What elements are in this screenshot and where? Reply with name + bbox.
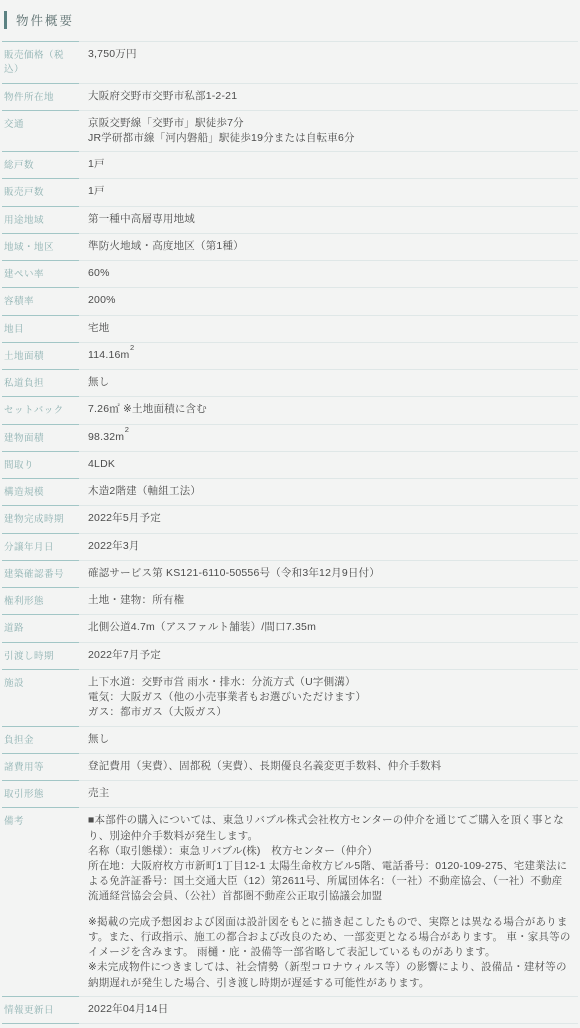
row-value: 114.16m2 [79, 342, 578, 369]
row-label: 地域・地区 [2, 233, 79, 260]
bottom-border-label-segment [2, 1023, 79, 1024]
row-value-line: 200% [88, 293, 572, 308]
row-value-line: 売主 [88, 786, 572, 801]
row-value-line: 第一種中高層専用地域 [88, 212, 572, 227]
row-value-line: 7.26㎡ ※土地面積に含む [88, 402, 572, 417]
row-value-line: 名称（取引態様）：東急リバブル(株) 枚方センター（仲介） [88, 844, 572, 859]
row-value-line: 確認サービス第 KS121-6110-50556号（令和3年12月9日付） [88, 566, 572, 581]
table-row: 交通京阪交野線「交野市」駅徒歩7分JR学研都市線「河内磐船」駅徒歩19分または自… [2, 110, 578, 151]
row-label: 総戸数 [2, 151, 79, 178]
table-row: セットバック7.26㎡ ※土地面積に含む [2, 396, 578, 423]
row-label: 建ぺい率 [2, 260, 79, 287]
row-value: 木造2階建（軸組工法） [79, 478, 578, 505]
row-value: 第一種中高層専用地域 [79, 206, 578, 233]
row-label: 構造規模 [2, 478, 79, 505]
row-value: 登記費用（実費）、固都税（実費）、長期優良名義変更手数料、仲介手数料 [79, 753, 578, 780]
row-value-line: 1戸 [88, 157, 572, 172]
row-value: 3,750万円 [79, 41, 578, 83]
row-value: 98.32m2 [79, 424, 578, 451]
row-label: 建築確認番号 [2, 560, 79, 587]
row-value: 無し [79, 369, 578, 396]
row-value-line: 所在地：大阪府枚方市新町1丁目12-1 太陽生命枚方ビル5階、電話番号：0120… [88, 859, 572, 905]
row-value: 確認サービス第 KS121-6110-50556号（令和3年12月9日付） [79, 560, 578, 587]
row-label: 施設 [2, 669, 79, 726]
row-label: 取引形態 [2, 780, 79, 807]
row-value-line: 2022年7月予定 [88, 648, 572, 663]
row-value-line: ※掲載の完成予想図および図面は設計図をもとに描き起こしたもので、実際とは異なる場… [88, 915, 572, 961]
table-row: 情報更新日2022年04月14日 [2, 996, 578, 1023]
row-value: 7.26㎡ ※土地面積に含む [79, 396, 578, 423]
row-value-line: 電気：大阪ガス（他の小売事業者もお選びいただけます） [88, 690, 572, 705]
row-value: 200% [79, 287, 578, 314]
row-label: 交通 [2, 110, 79, 151]
table-row: 引渡し時期2022年7月予定 [2, 642, 578, 669]
row-value-line: 2022年3月 [88, 539, 572, 554]
row-label: 負担金 [2, 726, 79, 753]
row-value: 2022年5月予定 [79, 505, 578, 532]
table-row: 分譲年月日2022年3月 [2, 533, 578, 560]
row-value-line: 準防火地域・高度地区（第1種） [88, 239, 572, 254]
row-value: 準防火地域・高度地区（第1種） [79, 233, 578, 260]
row-value-line: 京阪交野線「交野市」駅徒歩7分 [88, 116, 572, 131]
row-value: 2022年04月14日 [79, 996, 578, 1023]
row-value-line: 北側公道4.7m（アスファルト舗装）/間口7.35m [88, 620, 572, 635]
property-table: 販売価格（税込）3,750万円物件所在地大阪府交野市交野市私部1-2-21交通京… [2, 41, 578, 1024]
row-label: 土地面積 [2, 342, 79, 369]
row-value-line: 無し [88, 375, 572, 390]
row-label: 権利形態 [2, 587, 79, 614]
row-value-line: 土地・建物：所有権 [88, 593, 572, 608]
table-row: 建物面積98.32m2 [2, 424, 578, 451]
row-value-line: ■本部件の購入については、東急リバブル株式会社枚方センターの仲介を通じてご購入を… [88, 813, 572, 843]
row-value: 北側公道4.7m（アスファルト舗装）/間口7.35m [79, 614, 578, 641]
table-row: 諸費用等登記費用（実費）、固都税（実費）、長期優良名義変更手数料、仲介手数料 [2, 753, 578, 780]
bottom-border-value-segment [79, 1023, 578, 1024]
row-label: 備考 [2, 807, 79, 995]
row-label: 道路 [2, 614, 79, 641]
table-row: 権利形態土地・建物：所有権 [2, 587, 578, 614]
table-row: 物件所在地大阪府交野市交野市私部1-2-21 [2, 83, 578, 110]
row-value-line: 114.16m2 [88, 348, 572, 363]
table-row: 販売価格（税込）3,750万円 [2, 41, 578, 83]
table-bottom-border [2, 1023, 578, 1024]
row-value: ■本部件の購入については、東急リバブル株式会社枚方センターの仲介を通じてご購入を… [79, 807, 578, 995]
row-value-line: 宅地 [88, 321, 572, 336]
property-overview-page: 物件概要 販売価格（税込）3,750万円物件所在地大阪府交野市交野市私部1-2-… [0, 0, 580, 1028]
row-value-line: 木造2階建（軸組工法） [88, 484, 572, 499]
row-value: 宅地 [79, 315, 578, 342]
row-label: 建物完成時期 [2, 505, 79, 532]
row-value: 2022年7月予定 [79, 642, 578, 669]
row-value-line: 4LDK [88, 457, 572, 472]
page-title: 物件概要 [16, 11, 74, 29]
row-value: 1戸 [79, 151, 578, 178]
row-label: 用途地域 [2, 206, 79, 233]
row-value-line: 無し [88, 732, 572, 747]
table-row: 地目宅地 [2, 315, 578, 342]
row-label: 地目 [2, 315, 79, 342]
row-label: 情報更新日 [2, 996, 79, 1023]
row-value-line: ガス：都市ガス（大阪ガス） [88, 705, 572, 720]
row-value: 売主 [79, 780, 578, 807]
table-row: 用途地域第一種中高層専用地域 [2, 206, 578, 233]
row-label: 物件所在地 [2, 83, 79, 110]
row-label: 建物面積 [2, 424, 79, 451]
row-value-line: 3,750万円 [88, 47, 572, 62]
row-value: 60% [79, 260, 578, 287]
section-header: 物件概要 [4, 10, 578, 29]
table-row: 構造規模木造2階建（軸組工法） [2, 478, 578, 505]
row-value-line: 60% [88, 266, 572, 281]
row-value-line: 登記費用（実費）、固都税（実費）、長期優良名義変更手数料、仲介手数料 [88, 759, 572, 774]
table-row: 土地面積114.16m2 [2, 342, 578, 369]
row-label: 私道負担 [2, 369, 79, 396]
row-label: 間取り [2, 451, 79, 478]
row-value-line [88, 905, 572, 915]
table-row: 建ぺい率60% [2, 260, 578, 287]
table-row: 建築確認番号確認サービス第 KS121-6110-50556号（令和3年12月9… [2, 560, 578, 587]
row-label: 容積率 [2, 287, 79, 314]
table-row: 間取り4LDK [2, 451, 578, 478]
table-row: 販売戸数1戸 [2, 178, 578, 205]
table-row: 道路北側公道4.7m（アスファルト舗装）/間口7.35m [2, 614, 578, 641]
table-row: 負担金無し [2, 726, 578, 753]
row-label: 販売価格（税込） [2, 41, 79, 83]
row-value: 大阪府交野市交野市私部1-2-21 [79, 83, 578, 110]
title-accent-bar [4, 11, 7, 29]
row-value-line: 1戸 [88, 184, 572, 199]
table-row: 地域・地区準防火地域・高度地区（第1種） [2, 233, 578, 260]
row-value: 無し [79, 726, 578, 753]
row-value-line: ※未完成物件につきましては、社会情勢（新型コロナウィルス等）の影響により、設備品… [88, 960, 572, 990]
row-label: 分譲年月日 [2, 533, 79, 560]
table-row: 私道負担無し [2, 369, 578, 396]
table-row: 総戸数1戸 [2, 151, 578, 178]
table-row: 施設上下水道：交野市営 雨水・排水：分流方式（U字側溝）電気：大阪ガス（他の小売… [2, 669, 578, 726]
row-label: 引渡し時期 [2, 642, 79, 669]
row-value: 1戸 [79, 178, 578, 205]
table-row: 建物完成時期2022年5月予定 [2, 505, 578, 532]
row-label: 販売戸数 [2, 178, 79, 205]
row-value-line: 上下水道：交野市営 雨水・排水：分流方式（U字側溝） [88, 675, 572, 690]
row-value: 土地・建物：所有権 [79, 587, 578, 614]
row-value: 4LDK [79, 451, 578, 478]
superscript: 2 [125, 425, 129, 434]
superscript: 2 [130, 343, 134, 352]
row-value-line: 98.32m2 [88, 430, 572, 445]
row-value: 上下水道：交野市営 雨水・排水：分流方式（U字側溝）電気：大阪ガス（他の小売事業… [79, 669, 578, 726]
row-value: 2022年3月 [79, 533, 578, 560]
row-value-line: 2022年04月14日 [88, 1002, 572, 1017]
row-value-line: JR学研都市線「河内磐船」駅徒歩19分または自転車6分 [88, 131, 572, 146]
row-label: 諸費用等 [2, 753, 79, 780]
table-row: 備考■本部件の購入については、東急リバブル株式会社枚方センターの仲介を通じてご購… [2, 807, 578, 995]
row-label: セットバック [2, 396, 79, 423]
table-row: 容積率200% [2, 287, 578, 314]
table-row: 取引形態売主 [2, 780, 578, 807]
row-value: 京阪交野線「交野市」駅徒歩7分JR学研都市線「河内磐船」駅徒歩19分または自転車… [79, 110, 578, 151]
row-value-line: 2022年5月予定 [88, 511, 572, 526]
row-value-line: 大阪府交野市交野市私部1-2-21 [88, 89, 572, 104]
